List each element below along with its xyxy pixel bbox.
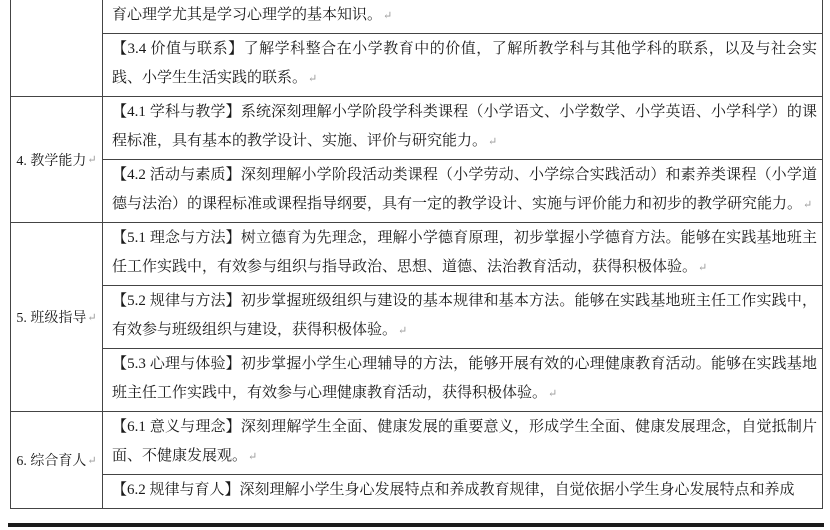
table-row-group: 育心理学尤其是学习心理学的基本知识。↵ 【3.4 价值与联系】了解学科整合在小学… [11, 0, 822, 97]
paragraph-mark: ↵ [248, 451, 257, 463]
paragraph-mark: ↵ [308, 73, 317, 85]
standard-item-row: 【5.1 理念与方法】树立德育为先理念，理解小学德育原理，初步掌握小学德育方法。… [103, 223, 822, 285]
standards-table: 育心理学尤其是学习心理学的基本知识。↵ 【3.4 价值与联系】了解学科整合在小学… [10, 0, 823, 509]
competency-category-cell: 5. 班级指导↵ [11, 223, 103, 411]
competency-category-cell: 6. 综合育人↵ [11, 412, 103, 508]
standard-item-row: 【6.1 意义与理念】深刻理解学生全面、健康发展的重要意义，形成学生全面、健康发… [103, 412, 822, 474]
standards-rows: 育心理学尤其是学习心理学的基本知识。↵ 【3.4 价值与联系】了解学科整合在小学… [103, 0, 822, 96]
standards-rows: 【5.1 理念与方法】树立德育为先理念，理解小学德育原理，初步掌握小学德育方法。… [103, 223, 822, 411]
standard-item-row: 【5.2 规律与方法】初步掌握班级组织与建设的基本规律和基本方法。能够在实践基地… [103, 285, 822, 348]
item-description: 育心理学尤其是学习心理学的基本知识。 [112, 7, 382, 23]
item-description: 深刻理解小学生身心发展特点和养成教育规律，自觉依据小学生身心发展特点和养成 [240, 482, 795, 498]
paragraph-mark: ↵ [87, 454, 96, 467]
item-code-tag: 【6.2 规律与育人】 [112, 482, 240, 498]
standards-rows: 【6.1 意义与理念】深刻理解学生全面、健康发展的重要意义，形成学生全面、健康发… [103, 412, 822, 508]
competency-category-label: 4. 教学能力 [16, 150, 86, 170]
table-row-group: 5. 班级指导↵ 【5.1 理念与方法】树立德育为先理念，理解小学德育原理，初步… [11, 223, 822, 412]
standard-item-row: 【5.3 心理与体验】初步掌握小学生心理辅导的方法，能够开展有效的心理健康教育活… [103, 348, 822, 411]
standard-item-row: 【4.2 活动与素质】深刻理解小学阶段活动类课程（小学劳动、小学综合实践活动）和… [103, 159, 822, 222]
paragraph-mark: ↵ [803, 199, 812, 211]
standard-item-row: 【6.2 规律与育人】深刻理解小学生身心发展特点和养成教育规律，自觉依据小学生身… [103, 474, 822, 508]
item-code-tag: 【4.2 活动与素质】 [112, 167, 241, 183]
paragraph-mark: ↵ [87, 153, 96, 166]
item-code-tag: 【5.3 心理与体验】 [112, 356, 241, 372]
paragraph-mark: ↵ [698, 262, 707, 274]
standard-item-row: 【4.1 学科与教学】系统深刻理解小学阶段学科类课程（小学语文、小学数学、小学英… [103, 97, 822, 159]
item-code-tag: 【5.1 理念与方法】 [112, 230, 241, 246]
standard-item-row: 育心理学尤其是学习心理学的基本知识。↵ [103, 0, 822, 33]
paragraph-mark: ↵ [87, 311, 96, 324]
bottom-crop-rule [8, 523, 824, 527]
competency-category-cell: 4. 教学能力↵ [11, 97, 103, 222]
item-code-tag: 【3.4 价值与联系】 [112, 41, 244, 57]
competency-category-label: 5. 班级指导 [16, 307, 86, 327]
item-code-tag: 【5.2 规律与方法】 [112, 293, 241, 309]
competency-category-label: 6. 综合育人 [16, 450, 86, 470]
paragraph-mark: ↵ [383, 10, 392, 22]
table-row-group: 6. 综合育人↵ 【6.1 意义与理念】深刻理解学生全面、健康发展的重要意义，形… [11, 412, 822, 509]
table-row-group: 4. 教学能力↵ 【4.1 学科与教学】系统深刻理解小学阶段学科类课程（小学语文… [11, 97, 822, 223]
paragraph-mark: ↵ [398, 325, 407, 337]
item-code-tag: 【6.1 意义与理念】 [112, 419, 241, 435]
competency-category-cell [11, 0, 103, 96]
document-page: 育心理学尤其是学习心理学的基本知识。↵ 【3.4 价值与联系】了解学科整合在小学… [0, 0, 830, 530]
item-code-tag: 【4.1 学科与教学】 [112, 104, 241, 120]
paragraph-mark: ↵ [548, 388, 557, 400]
standard-item-row: 【3.4 价值与联系】了解学科整合在小学教育中的价值，了解所教学科与其他学科的联… [103, 33, 822, 96]
standards-rows: 【4.1 学科与教学】系统深刻理解小学阶段学科类课程（小学语文、小学数学、小学英… [103, 97, 822, 222]
paragraph-mark: ↵ [488, 136, 497, 148]
